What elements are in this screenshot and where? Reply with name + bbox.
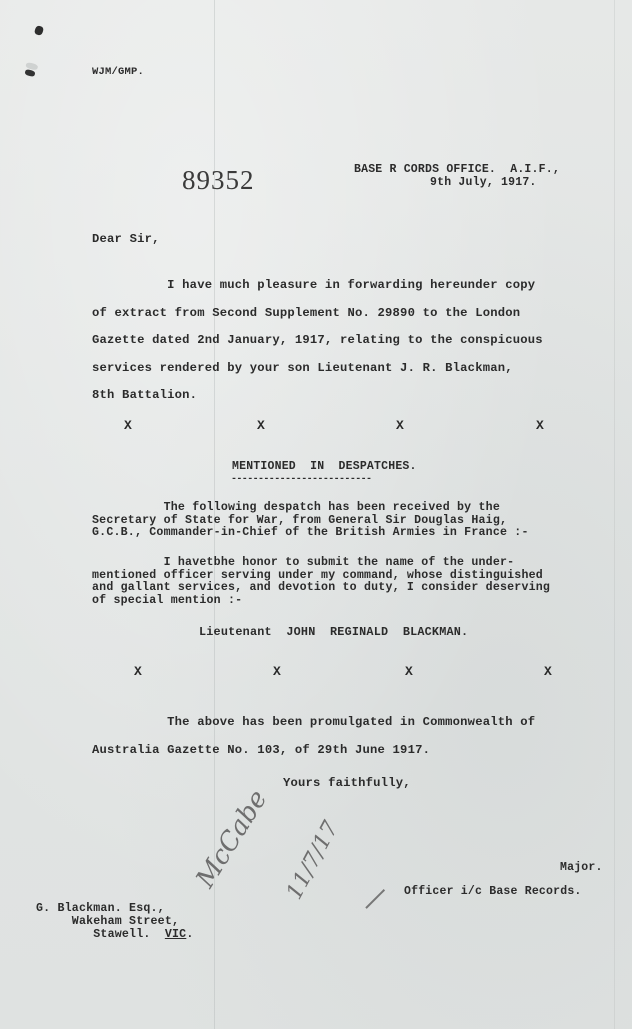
recipient-address: G. Blackman. Esq., Wakeham Street, Stawe… [36, 902, 194, 941]
separator-mark: X [257, 418, 265, 433]
promulgation-paragraph: The above has been promulgated in Common… [92, 708, 535, 764]
despatch-text: I havetbhe honor to submit the name of t… [92, 557, 550, 607]
signatory-rank: Major. [560, 861, 603, 874]
letter-date: 9th July, 1917. [430, 176, 537, 189]
reference-initials: WJM/GMP. [92, 66, 144, 78]
separator-mark: X [544, 664, 552, 679]
separator-mark: X [396, 418, 404, 433]
recipient-state: VIC [165, 928, 186, 941]
recipient-line-3: Stawell. [36, 928, 165, 941]
recipient-line-1: G. Blackman. Esq., [36, 902, 165, 915]
recipient-state-suffix: . [186, 928, 193, 941]
file-number: 89352 [182, 165, 255, 196]
recipient-line-2: Wakeham Street, [36, 915, 179, 928]
despatch-intro: The following despatch has been received… [92, 502, 529, 540]
sender-office: BASE R CORDS OFFICE. A.I.F., [354, 163, 560, 176]
separator-mark: X [536, 418, 544, 433]
opening-paragraph: I have much pleasure in forwarding hereu… [92, 272, 543, 410]
separator-mark: X [405, 664, 413, 679]
section-heading: MENTIONED IN DESPATCHES. [232, 460, 417, 473]
heading-underline: -------------------------- [231, 474, 371, 485]
closing: Yours faithfully, [283, 776, 411, 790]
salutation: Dear Sir, [92, 232, 160, 246]
separator-mark: X [273, 664, 281, 679]
separator-mark: X [134, 664, 142, 679]
signatory-title: Officer i/c Base Records. [404, 885, 582, 898]
separator-mark: X [124, 418, 132, 433]
officer-mentioned: Lieutenant JOHN REGINALD BLACKMAN. [199, 625, 468, 639]
paper-fold-line-right [614, 0, 615, 1029]
